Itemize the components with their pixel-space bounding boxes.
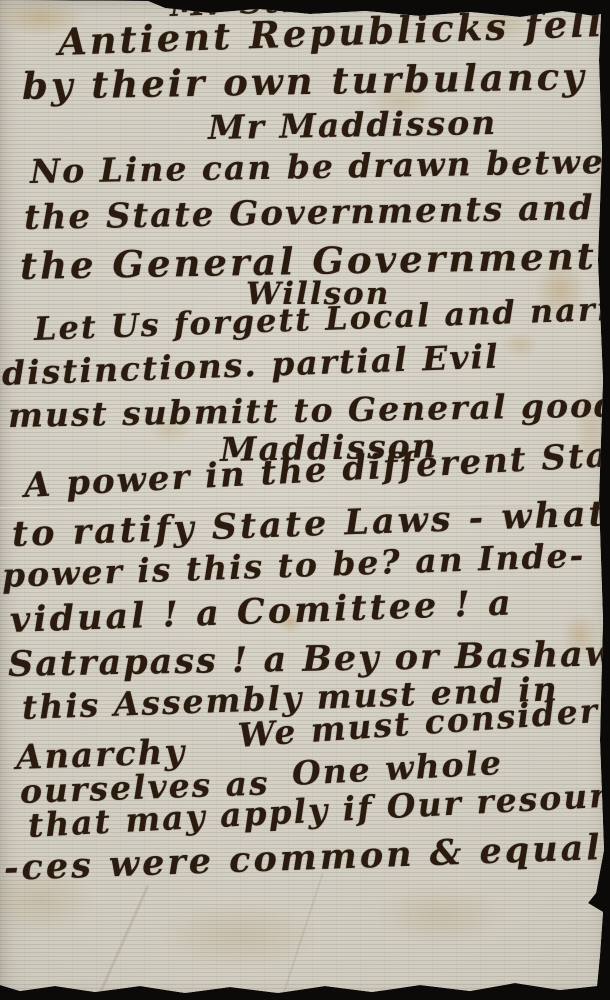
manuscript-line: No Line can be drawn between xyxy=(30,141,610,191)
manuscript-line: the State Governments and xyxy=(24,188,595,238)
handwriting-layer: Mr Street esqyAntient Republicks fellby … xyxy=(0,0,610,1000)
manuscript-line: Mr Maddisson xyxy=(208,103,498,147)
manuscript-page: Mr Street esqyAntient Republicks fellby … xyxy=(0,0,610,1000)
photo-background: Mr Street esqyAntient Republicks fellby … xyxy=(0,0,610,1000)
manuscript-line: by their own turbulancy xyxy=(22,54,587,108)
